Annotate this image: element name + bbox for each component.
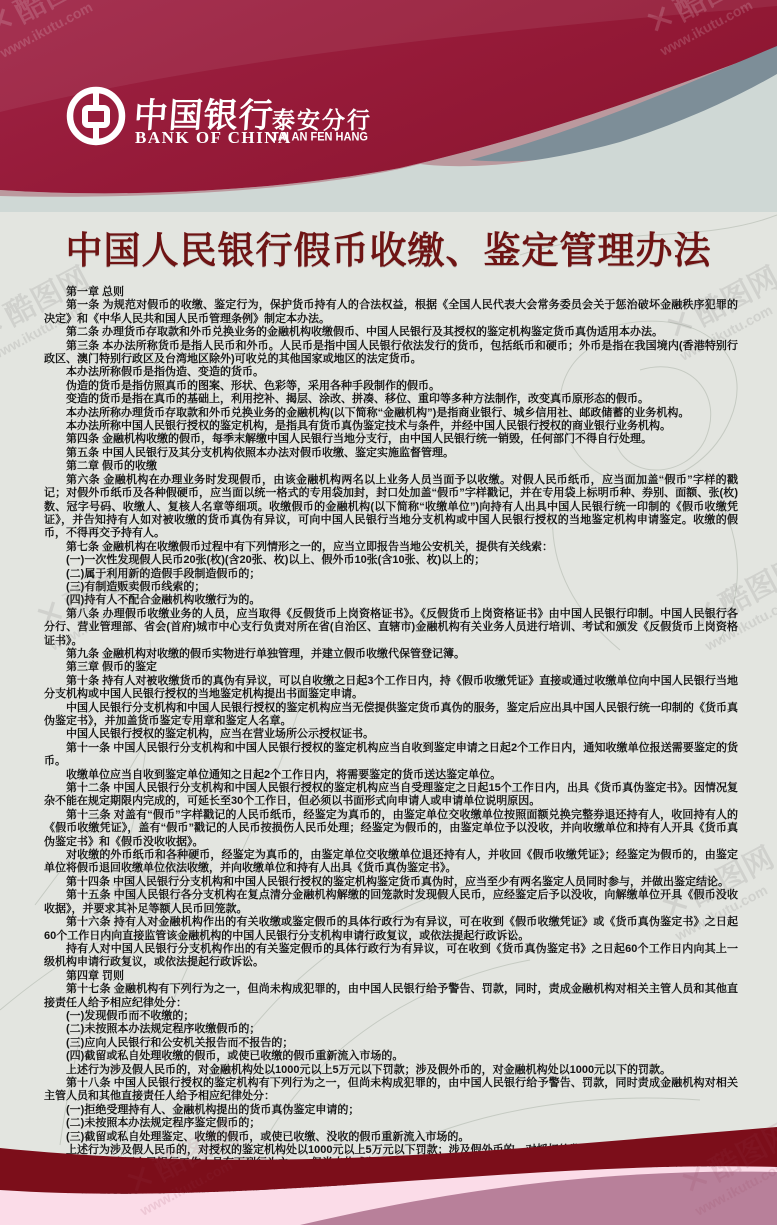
poster: 中国银行 BANK OF CHINA 泰安分行 TAI AN FEN HANG … [0,0,777,1225]
bottom-wave-graphic [0,0,777,1225]
